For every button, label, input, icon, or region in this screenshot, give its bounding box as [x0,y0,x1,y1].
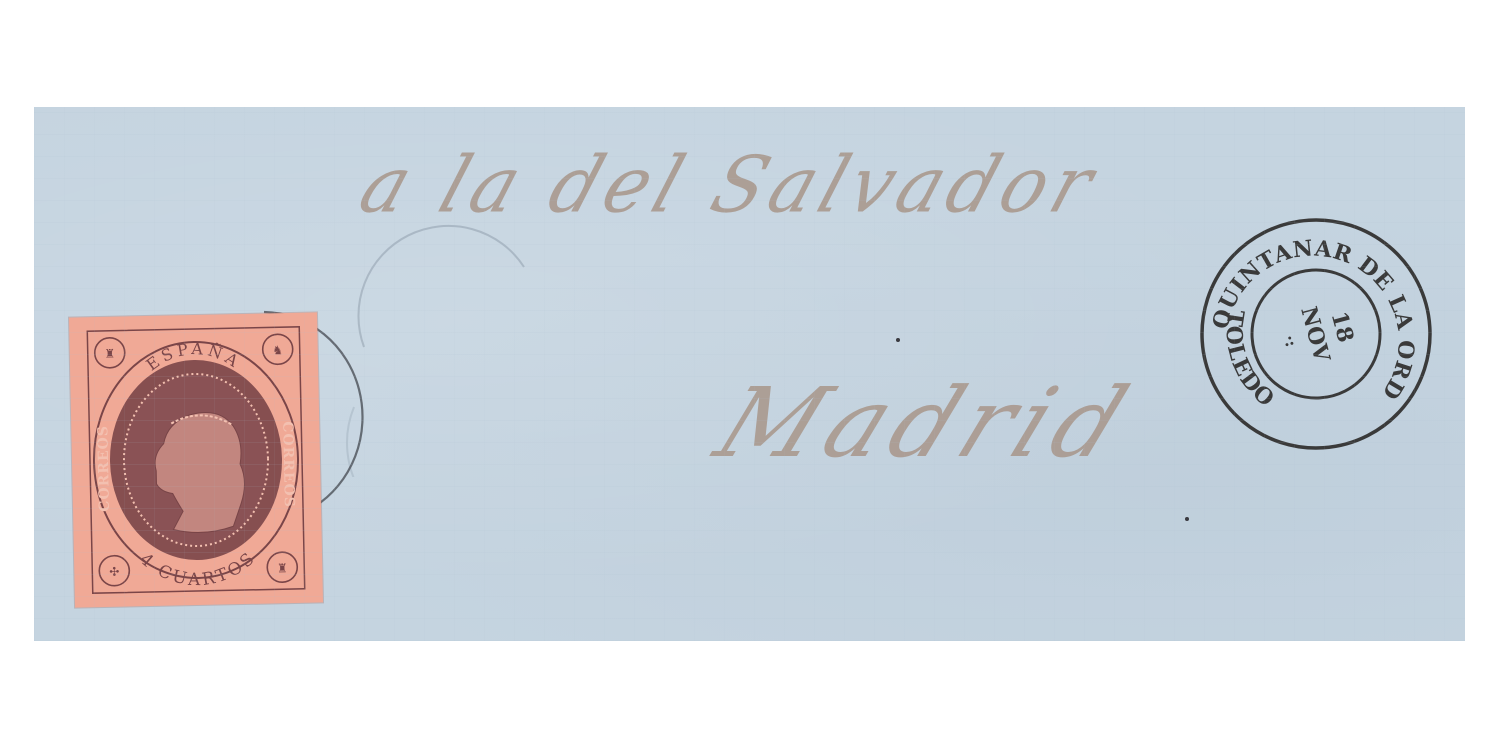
postage-stamp: ♜♞ ✣♜ ESPAÑA CORREOS CORREOS 4 CUA [69,312,323,607]
svg-text:CORREOS: CORREOS [279,421,297,508]
stamp-design: ♜♞ ✣♜ ESPAÑA CORREOS CORREOS 4 CUA [69,312,323,607]
postmark-year: ·: [1280,333,1301,349]
circular-datestamp: QUINTANAR DE LA ORDEN TOLEDO 18 NOV ·: [1196,214,1436,454]
ink-speck [1185,517,1189,521]
svg-text:♞: ♞ [272,343,283,357]
svg-text:CORREOS: CORREOS [95,425,113,512]
postmark-month: NOV [1295,304,1335,366]
address-line-2-city: Madrid [701,367,1149,479]
ink-speck [896,338,900,342]
stamp-side-left-label: CORREOS [95,425,113,512]
letter-cover: a la del Salvador Madrid ♜♞ ✣♜ [34,107,1465,641]
svg-text:♜: ♜ [277,561,288,575]
address-line-1: a la del Salvador [349,140,1109,230]
stamp-side-right-label: CORREOS [279,421,297,508]
svg-text:♜: ♜ [104,347,115,361]
svg-text:✣: ✣ [109,565,119,579]
